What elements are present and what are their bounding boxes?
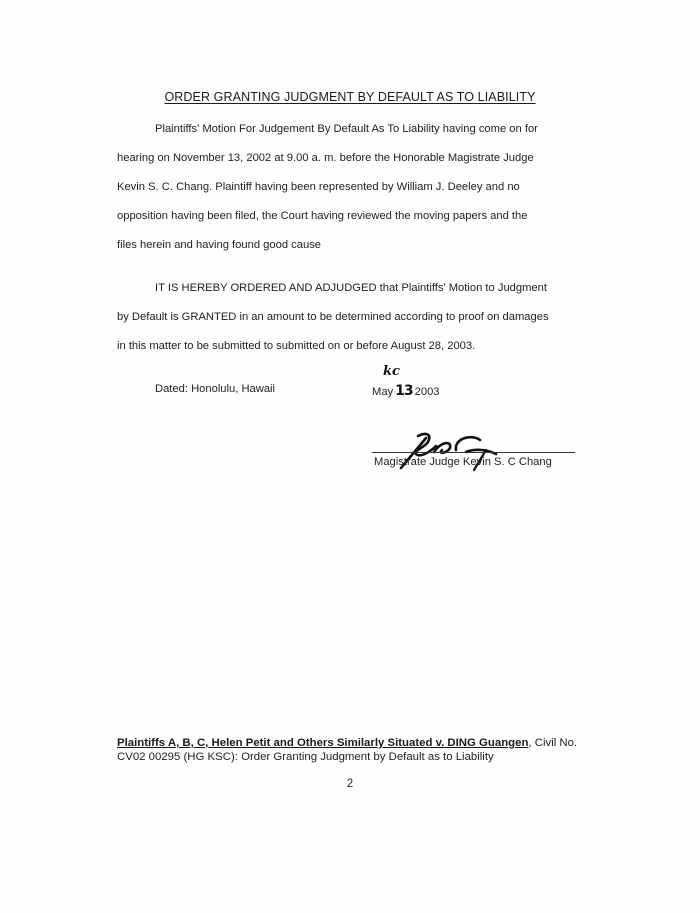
signatory-name: Magistrate Judge Kevin S. C Chang (374, 456, 552, 468)
handwritten-initials: kc (383, 364, 400, 379)
page-number: 2 (0, 778, 700, 790)
date-month: May (372, 386, 393, 398)
date-year: 2003 (415, 386, 440, 398)
paragraph-line: hearing on November 13, 2002 at 9.00 a. … (117, 144, 587, 173)
paragraph-line: files herein and having found good cause (117, 231, 587, 260)
document-page: ORDER GRANTING JUDGMENT BY DEFAULT AS TO… (0, 0, 700, 913)
document-title: ORDER GRANTING JUDGMENT BY DEFAULT AS TO… (0, 90, 700, 104)
date-day-handwritten: 13 (395, 383, 412, 399)
case-caption: Plaintiffs A, B, C, Helen Petit and Othe… (117, 736, 587, 764)
signature-line (372, 452, 575, 453)
paragraph-line: Plaintiffs' Motion For Judgement By Defa… (117, 115, 587, 144)
paragraph-line: opposition having been filed, the Court … (117, 202, 587, 231)
paragraph-line: Kevin S. C. Chang. Plaintiff having been… (117, 173, 587, 202)
dated-label: Dated: Honolulu, Hawaii (155, 383, 275, 395)
paragraph-line: in this matter to be submitted to submit… (117, 332, 587, 361)
paragraph-order: IT IS HEREBY ORDERED AND ADJUDGED that P… (117, 274, 587, 361)
paragraph-recitals: Plaintiffs' Motion For Judgement By Defa… (117, 115, 587, 260)
date-value: May132003 (372, 383, 440, 399)
case-title: Plaintiffs A, B, C, Helen Petit and Othe… (117, 737, 528, 749)
paragraph-line: by Default is GRANTED in an amount to be… (117, 303, 587, 332)
paragraph-line: IT IS HEREBY ORDERED AND ADJUDGED that P… (117, 274, 587, 303)
